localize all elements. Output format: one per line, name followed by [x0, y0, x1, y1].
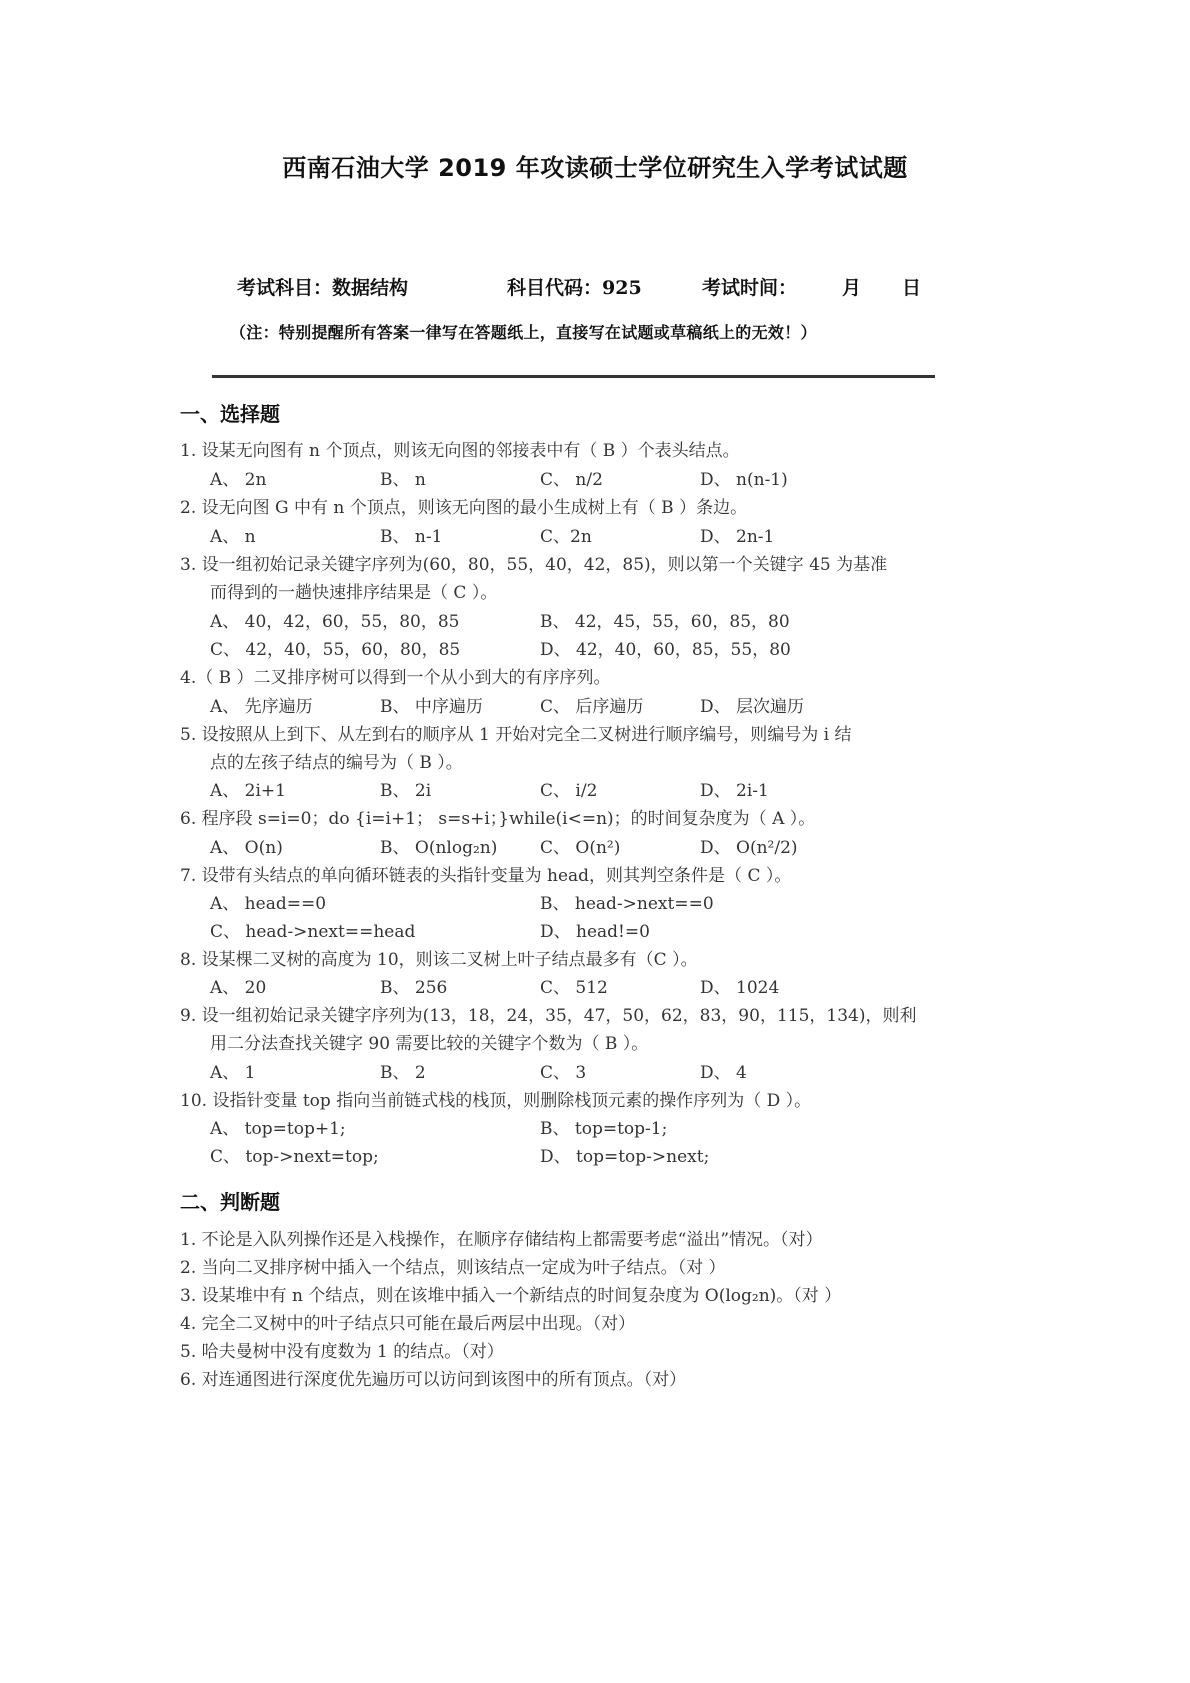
option-d: D、 4: [700, 1062, 747, 1084]
exam-day: 日: [902, 273, 921, 300]
option-a: A、 20: [210, 977, 266, 999]
option-d: D、 42，40，60，85，55，80: [540, 639, 791, 661]
question-7: 7. 设带有头结点的单向循环链表的头指针变量为 head，则其判空条件是（ C …: [180, 865, 791, 887]
option-c: C、2n: [540, 526, 592, 548]
option-b: B、 256: [380, 977, 447, 999]
judgement-item-6: 6. 对连通图进行深度优先遍历可以访问到该图中的所有顶点。（对）: [180, 1369, 686, 1391]
question-8: 8. 设某棵二叉树的高度为 10，则该二叉树上叶子结点最多有（C ）。: [180, 949, 698, 971]
exam-meta: 考试科目：数据结构科目代码：925考试时间：月日: [237, 273, 921, 300]
question-3: 3. 设一组初始记录关键字序列为(60，80，55，40，42，85)，则以第一…: [180, 554, 887, 576]
option-a: A、 40，42，60，55，80，85: [210, 611, 459, 633]
option-c: C、 42，40，55，60，80，85: [210, 639, 460, 661]
option-c: C、 n/2: [540, 469, 603, 491]
judgement-item-2: 2. 当向二叉排序树中插入一个结点，则该结点一定成为叶子结点。（对 ）: [180, 1257, 726, 1279]
option-b: B、 2: [380, 1062, 426, 1084]
option-d: D、 n(n-1): [700, 469, 788, 491]
option-b: B、 O(nlog₂n): [380, 837, 497, 859]
exam-month: 月: [842, 273, 902, 300]
option-a: A、 2n: [210, 469, 266, 491]
option-d: D、 O(n²/2): [700, 837, 798, 859]
option-a: A、 1: [210, 1062, 256, 1084]
exam-time-label: 考试时间：: [702, 273, 842, 300]
question-9-cont: 用二分法查找关键字 90 需要比较的关键字个数为（ B ）。: [210, 1033, 648, 1055]
option-d: D、 top=top->next;: [540, 1146, 709, 1168]
question-5: 5. 设按照从上到下、从左到右的顺序从 1 开始对完全二叉树进行顺序编号，则编号…: [180, 724, 852, 746]
question-9: 9. 设一组初始记录关键字序列为(13，18，24，35，47，50，62，83…: [180, 1005, 916, 1027]
question-10: 10. 设指针变量 top 指向当前链式栈的栈顶，则删除栈顶元素的操作序列为（ …: [180, 1090, 811, 1112]
option-a: A、 top=top+1;: [210, 1118, 346, 1140]
question-5-cont: 点的左孩子结点的编号为（ B ）。: [210, 752, 463, 774]
option-c: C、 3: [540, 1062, 586, 1084]
option-c: C、 head->next==head: [210, 921, 415, 943]
section-heading-judgement: 二、判断题: [180, 1186, 280, 1215]
option-b: B、 42，45，55，60，85，80: [540, 611, 790, 633]
option-b: B、 2i: [380, 780, 431, 802]
question-3-cont: 而得到的一趟快速排序结果是（ C ）。: [210, 582, 497, 604]
judgement-item-1: 1. 不论是入队列操作还是入栈操作，在顺序存储结构上都需要考虑“溢出”情况。（对…: [180, 1229, 823, 1251]
option-a: A、 2i+1: [210, 780, 286, 802]
section-heading-choice: 一、选择题: [180, 398, 280, 427]
option-c: C、 O(n²): [540, 837, 620, 859]
exam-note: （注：特别提醒所有答案一律写在答题纸上，直接写在试题或草稿纸上的无效！）: [230, 320, 817, 343]
judgement-item-4: 4. 完全二叉树中的叶子结点只可能在最后两层中出现。（对）: [180, 1313, 635, 1335]
exam-title: 西南石油大学 2019 年攻读硕士学位研究生入学考试试题: [0, 148, 1190, 183]
option-d: D、 head!=0: [540, 921, 650, 943]
option-d: D、 2i-1: [700, 780, 769, 802]
question-2: 2. 设无向图 G 中有 n 个顶点，则该无向图的最小生成树上有（ B ）条边。: [180, 497, 747, 519]
option-d: D、 层次遍历: [700, 696, 804, 718]
judgement-item-5: 5. 哈夫曼树中没有度数为 1 的结点。（对）: [180, 1341, 504, 1363]
option-b: B、 head->next==0: [540, 893, 714, 915]
option-c: C、 后序遍历: [540, 696, 643, 718]
option-a: A、 head==0: [210, 893, 326, 915]
question-6: 6. 程序段 s=i=0；do {i=i+1； s=s+i；}while(i<=…: [180, 808, 815, 830]
option-a: A、 先序遍历: [210, 696, 313, 718]
option-b: B、 中序遍历: [380, 696, 483, 718]
option-a: A、 O(n): [210, 837, 283, 859]
option-d: D、 1024: [700, 977, 779, 999]
option-b: B、 n-1: [380, 526, 442, 548]
exam-subject: 考试科目：数据结构: [237, 273, 507, 300]
option-b: B、 n: [380, 469, 426, 491]
option-d: D、 2n-1: [700, 526, 774, 548]
option-a: A、 n: [210, 526, 256, 548]
judgement-item-3: 3. 设某堆中有 n 个结点，则在该堆中插入一个新结点的时间复杂度为 O(log…: [180, 1285, 841, 1307]
option-c: C、 512: [540, 977, 608, 999]
exam-code: 科目代码：925: [507, 273, 702, 300]
option-c: C、 top->next=top;: [210, 1146, 379, 1168]
question-1: 1. 设某无向图有 n 个顶点，则该无向图的邻接表中有（ B ）个表头结点。: [180, 440, 740, 462]
question-4: 4.（ B ）二叉排序树可以得到一个从小到大的有序序列。: [180, 667, 611, 689]
header-divider: [212, 375, 935, 378]
option-b: B、 top=top-1;: [540, 1118, 667, 1140]
option-c: C、 i/2: [540, 780, 597, 802]
